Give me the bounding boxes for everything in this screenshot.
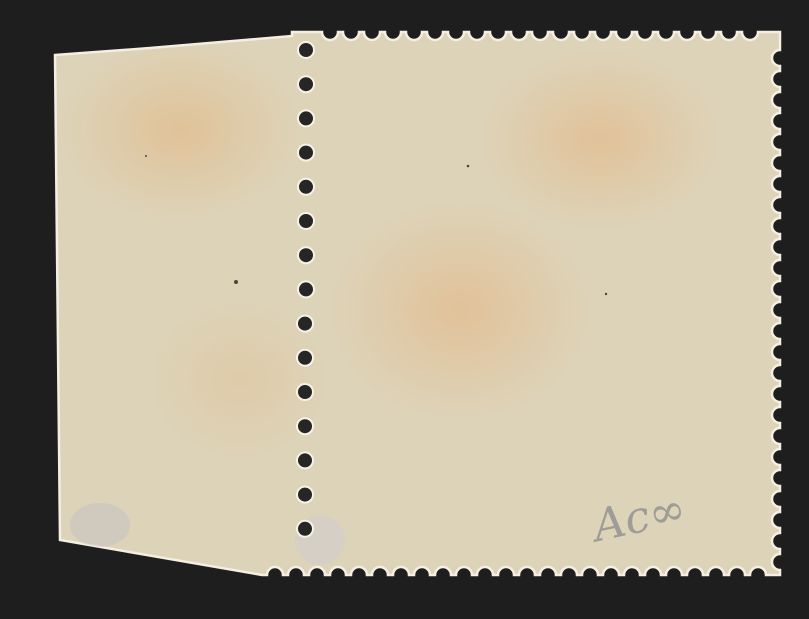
stamp-photo: Ac∞ bbox=[0, 0, 809, 619]
stamp-back-illustration: Ac∞ bbox=[0, 0, 809, 619]
perforation-holes bbox=[297, 42, 314, 537]
